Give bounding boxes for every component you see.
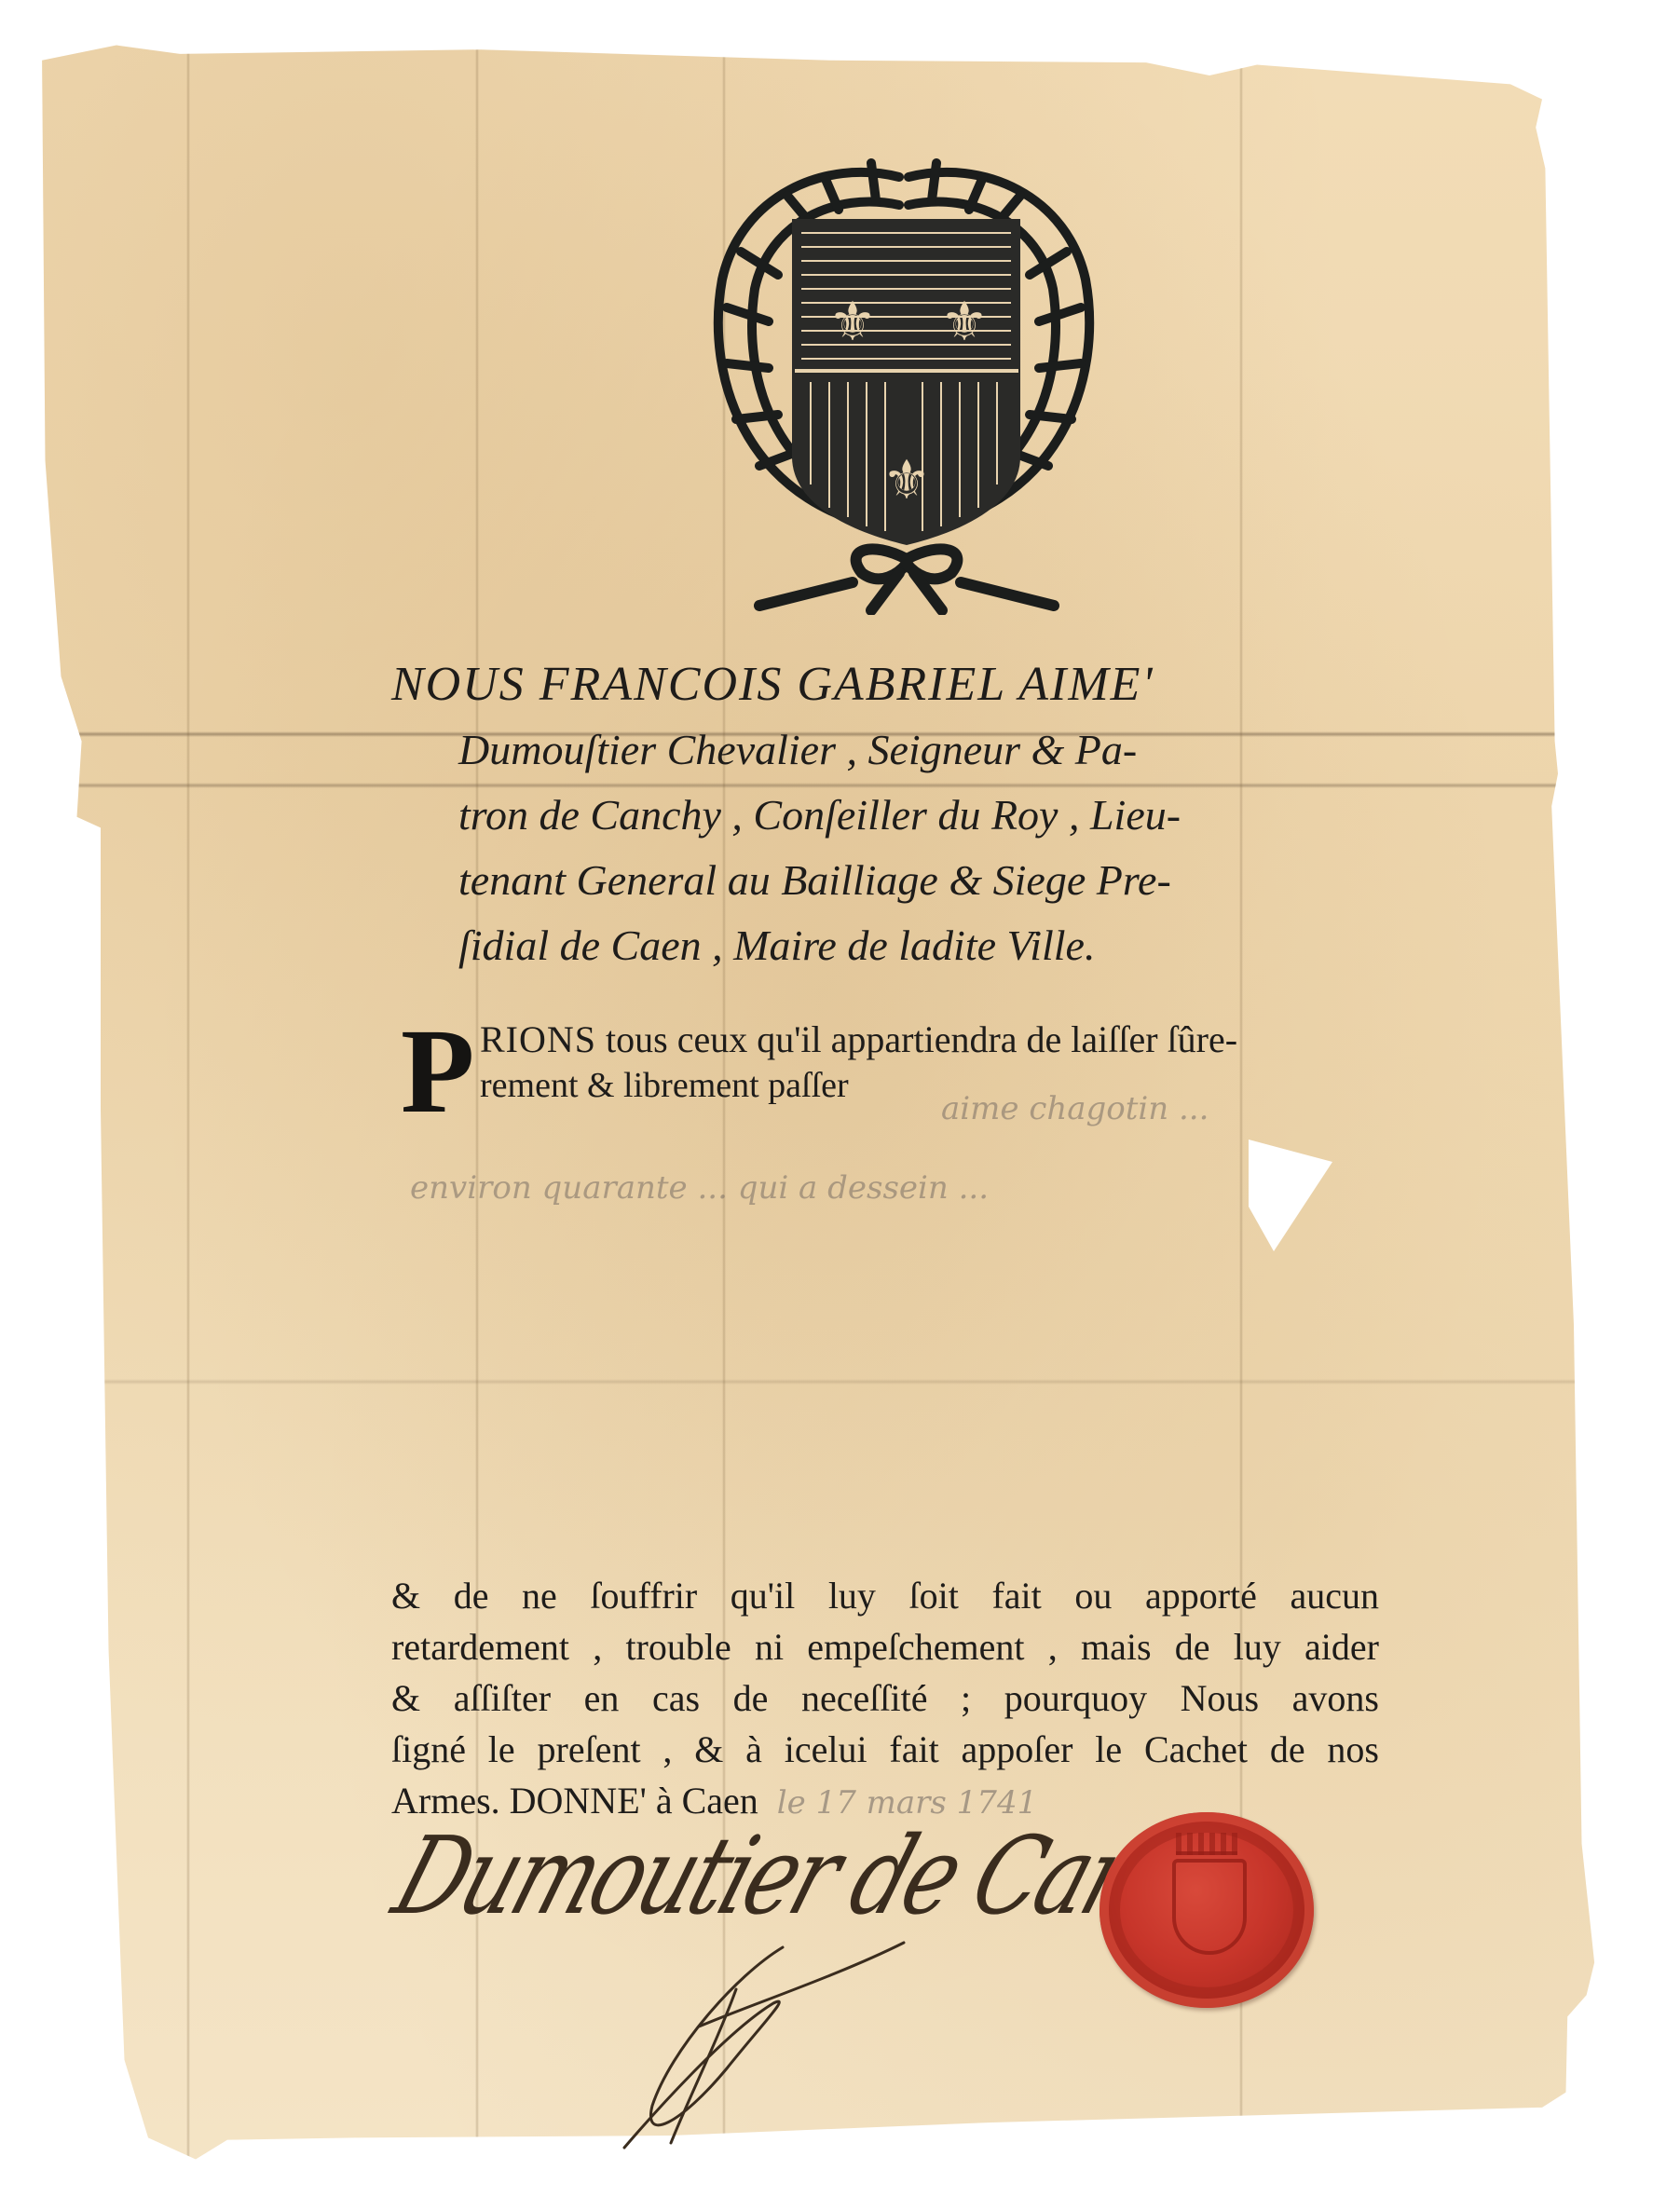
closing-line: ſigné le preſent , & à icelui fait appoſ… bbox=[391, 1724, 1379, 1775]
fold-crease bbox=[186, 28, 190, 2190]
header-title: NOUS FRANCOIS GABRIEL AIME' bbox=[391, 652, 1379, 717]
prions-line-1-text: tous ceux qu'il appartiendra de laiſſer … bbox=[596, 1018, 1237, 1060]
svg-text:⚜: ⚜ bbox=[828, 290, 877, 353]
paper-tear bbox=[1249, 1140, 1332, 1251]
seal-crown bbox=[1176, 1833, 1237, 1855]
header-line: tron de Canchy , Conſeiller du Roy , Lie… bbox=[458, 783, 1379, 848]
coat-of-arms-icon: ⚜ ⚜ ⚜ bbox=[685, 140, 1123, 615]
header-line: Dumouſtier Chevalier , Seigneur & Pa- bbox=[458, 717, 1379, 783]
header-line: tenant General au Bailliage & Siege Pre- bbox=[458, 848, 1379, 913]
document-header: NOUS FRANCOIS GABRIEL AIME' Dumouſtier C… bbox=[391, 652, 1379, 978]
seal-crest bbox=[1172, 1859, 1247, 1955]
wax-seal-icon bbox=[1100, 1812, 1314, 2008]
drop-cap: P bbox=[401, 1020, 474, 1123]
prions-paragraph: P RIONS tous ceux qu'il appartiendra de … bbox=[391, 1016, 1379, 1107]
signature-paraph-icon bbox=[596, 1938, 913, 2152]
header-line: ſidial de Caen , Maire de ladite Ville. bbox=[458, 913, 1379, 978]
prions-caps: RIONS bbox=[480, 1018, 596, 1060]
closing-line: & de ne ſouffrir qu'il luy ſoit fait ou … bbox=[391, 1570, 1379, 1621]
closing-paragraph: & de ne ſouffrir qu'il luy ſoit fait ou … bbox=[391, 1570, 1379, 1829]
handwritten-entry-1: aime chagotin ... bbox=[941, 1090, 1209, 1127]
handwritten-entry-2: environ quarante ... qui a dessein ... bbox=[410, 1169, 989, 1207]
closing-line: retardement , trouble ni empeſchement , … bbox=[391, 1621, 1379, 1672]
svg-text:⚜: ⚜ bbox=[882, 448, 931, 512]
svg-text:⚜: ⚜ bbox=[940, 290, 989, 353]
prions-line-1: RIONS tous ceux qu'il appartiendra de la… bbox=[480, 1016, 1379, 1064]
closing-line: & aſſiſter en cas de neceſſité ; pourquo… bbox=[391, 1672, 1379, 1724]
fold-crease bbox=[37, 1379, 1621, 1385]
prions-line-2: rement & librement paſſer bbox=[480, 1064, 1379, 1107]
